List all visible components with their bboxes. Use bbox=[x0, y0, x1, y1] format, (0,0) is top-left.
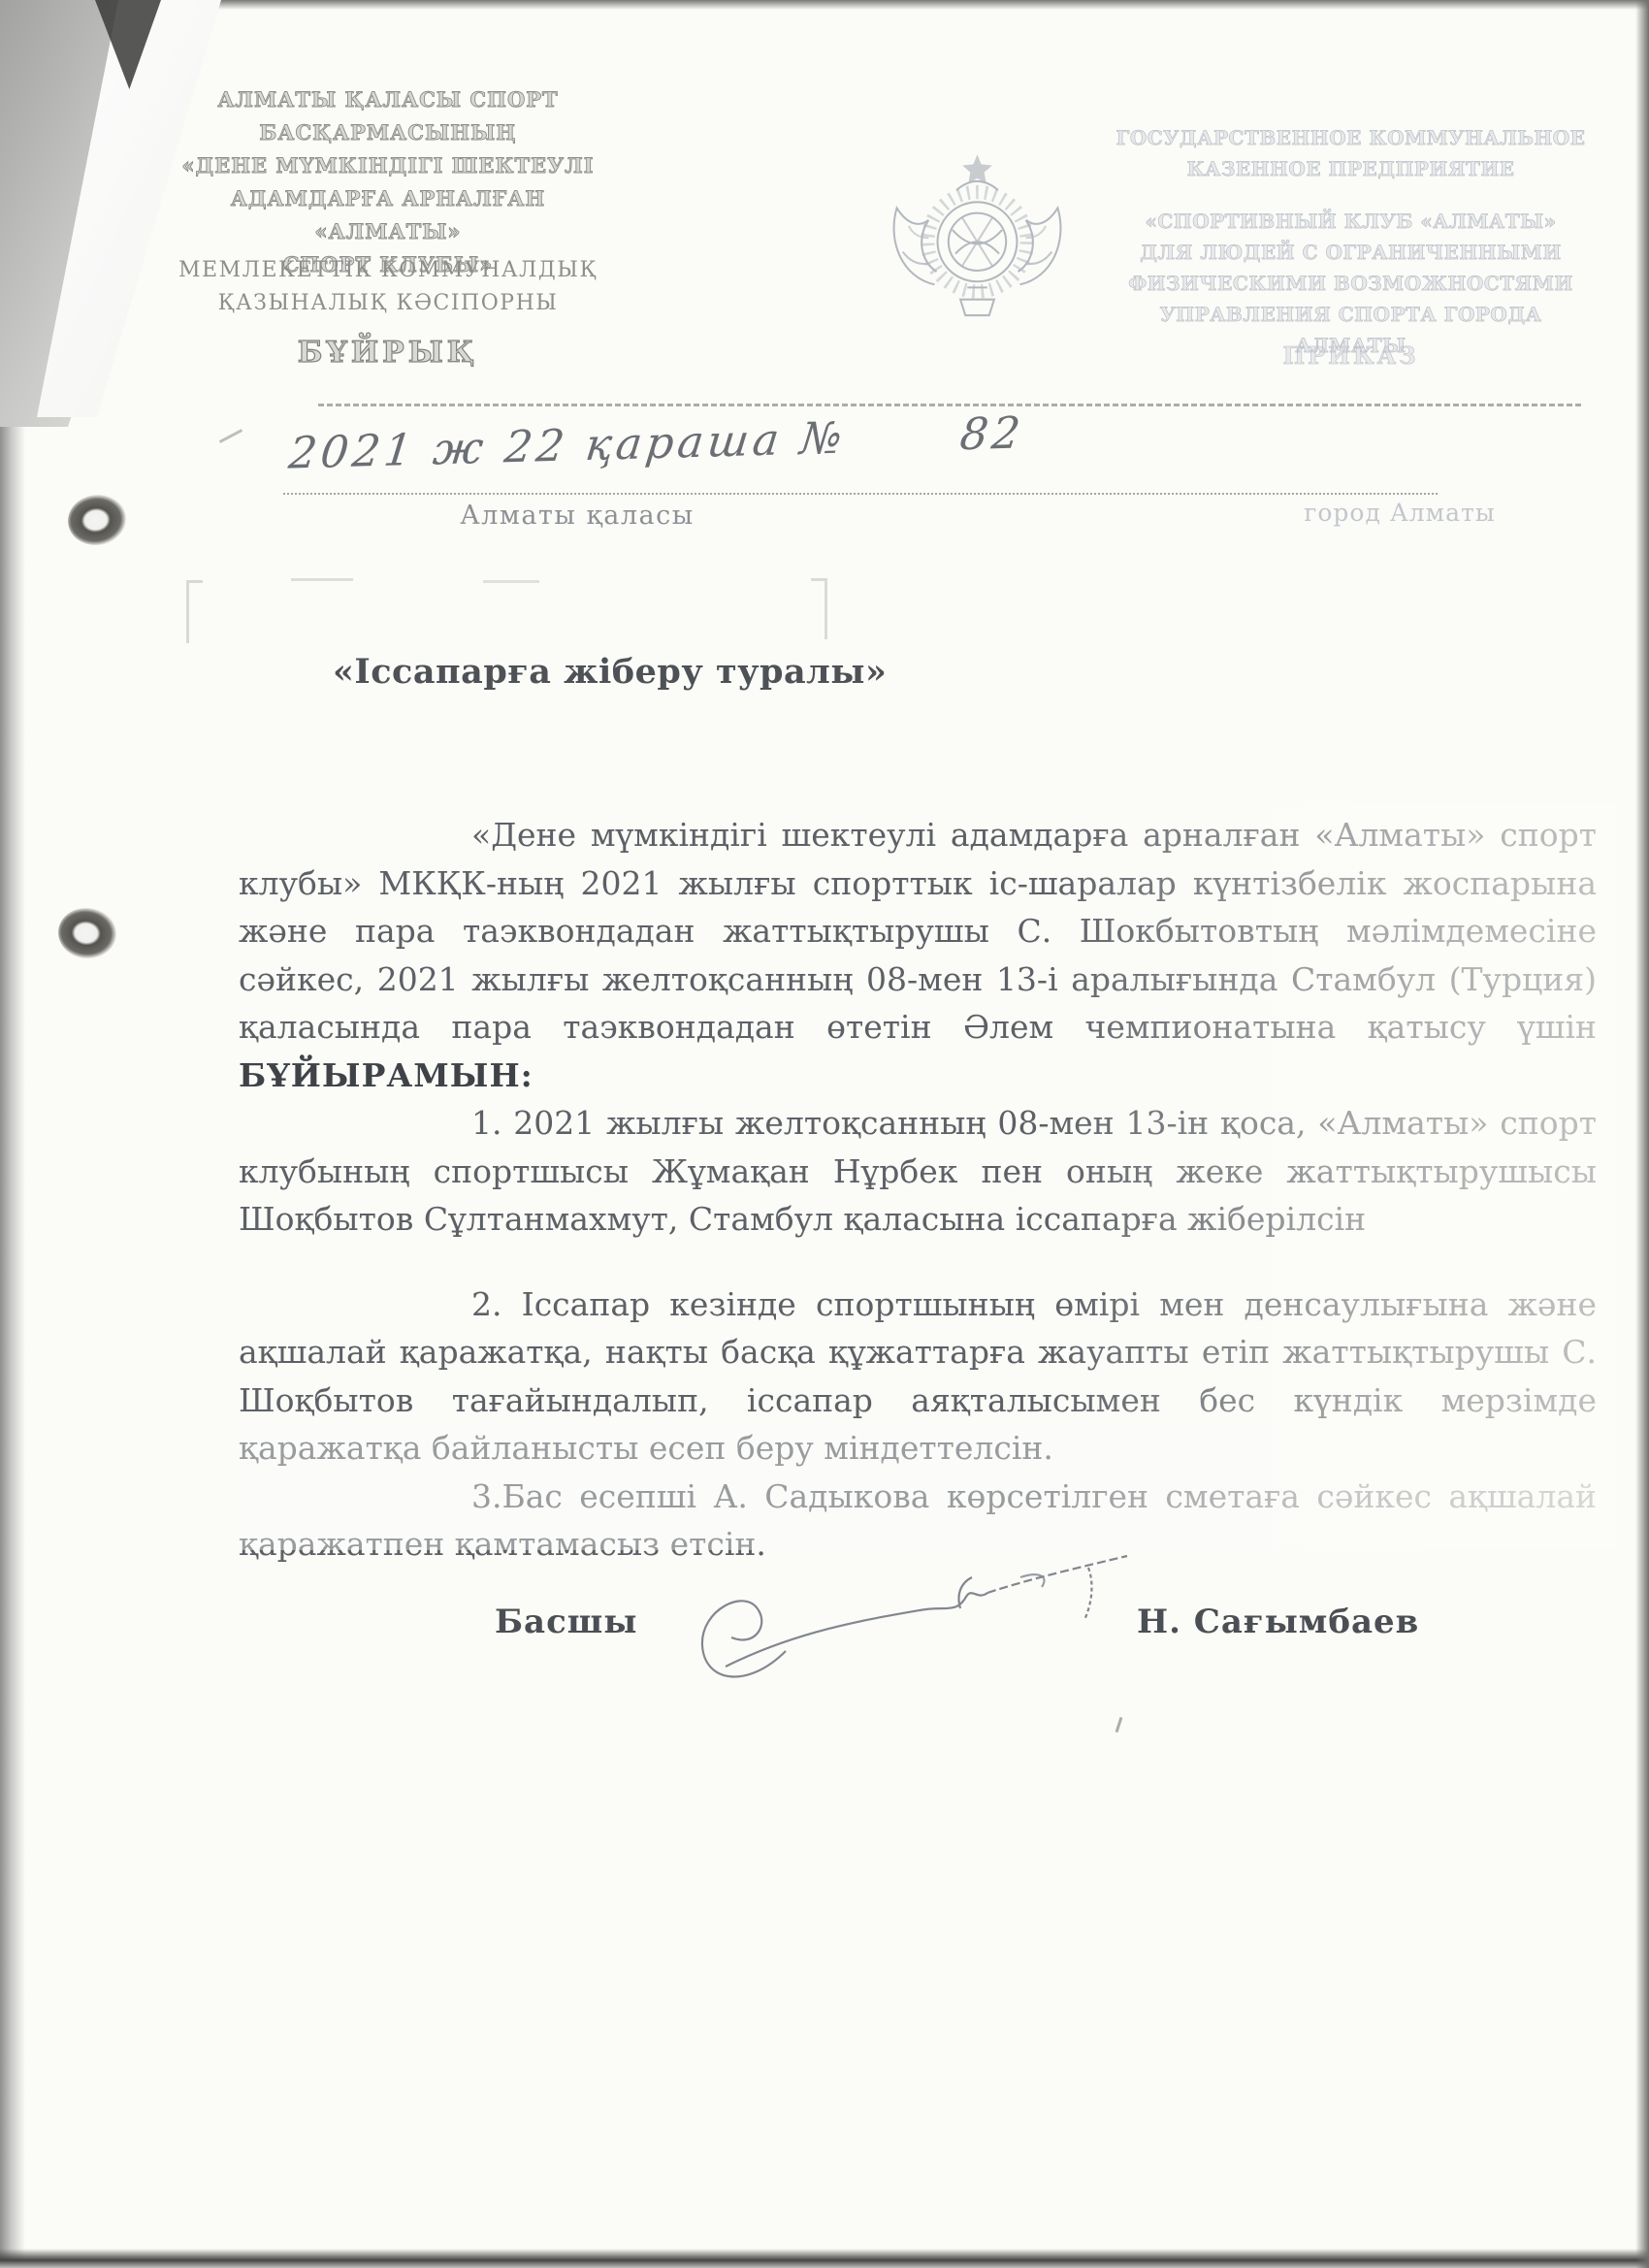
scan-edge-bottom bbox=[0, 2249, 1649, 2268]
scan-artifact-box-mark bbox=[291, 578, 353, 589]
intro-paragraph: «Дене мүмкіндігі шектеулі адамдарға арна… bbox=[239, 811, 1597, 1099]
handwritten-date: 2021 ж 22 қараша bbox=[286, 413, 786, 478]
org-name-kazakh-line: АЛМАТЫ ҚАЛАСЫ СПОРТ БАСҚАРМАСЫНЫҢ bbox=[175, 83, 601, 149]
handwritten-order-number: 82 bbox=[957, 406, 1026, 460]
enterprise-type-kazakh-line: ҚАЗЫНАЛЫҚ КӘСІПОРНЫ bbox=[175, 287, 601, 320]
org-name-russian: ГОСУДАРСТВЕННОЕ КОММУНАЛЬНОЕ КАЗЕННОЕ ПР… bbox=[1101, 122, 1600, 361]
header-separator-line bbox=[318, 404, 1581, 406]
scan-artifact-box-mark bbox=[811, 578, 827, 639]
document-type-kazakh: БҰЙРЫҚ bbox=[175, 336, 601, 370]
order-item-1: 1. 2021 жылғы желтоқсанның 08-мен 13-ін … bbox=[239, 1099, 1597, 1244]
club-name-russian-line: ДЛЯ ЛЮДЕЙ С ОГРАНИЧЕННЫМИ bbox=[1101, 237, 1600, 268]
number-sign: № bbox=[797, 411, 849, 464]
date-underline bbox=[283, 493, 1438, 495]
club-name-russian: «СПОРТИВНЫЙ КЛУБ «АЛМАТЫ» ДЛЯ ЛЮДЕЙ С ОГ… bbox=[1101, 206, 1600, 361]
org-name-kazakh: АЛМАТЫ ҚАЛАСЫ СПОРТ БАСҚАРМАСЫНЫҢ «ДЕНЕ … bbox=[175, 83, 601, 281]
org-name-russian-line: КАЗЕННОЕ ПРЕДПРИЯТИЕ bbox=[1101, 153, 1600, 184]
place-russian: город Алматы bbox=[1278, 499, 1521, 527]
document-type-russian: ПРИКАЗ bbox=[1101, 341, 1600, 370]
punch-hole-bottom bbox=[55, 905, 118, 961]
order-word: БҰЙЫРАМЫН: bbox=[239, 1056, 533, 1094]
scan-edge-top bbox=[0, 0, 1649, 10]
club-name-russian-line: ФИЗИЧЕСКИМИ ВОЗМОЖНОСТЯМИ bbox=[1101, 268, 1600, 299]
place-kazakh: Алматы қаласы bbox=[417, 501, 737, 531]
document-title: «Іссапарға жіберу туралы» bbox=[333, 652, 887, 692]
signature-autograph bbox=[669, 1537, 1154, 1706]
signature-role: Басшы bbox=[495, 1603, 637, 1641]
scan-artifact-box-mark bbox=[483, 580, 539, 591]
signature-name: Н. Сағымбаев bbox=[1137, 1603, 1419, 1641]
handwritten-date-line: 2021 ж 22 қараша № 82 bbox=[286, 406, 1026, 478]
enterprise-type-kazakh: МЕМЛЕКЕТТІК КОММУНАЛДЫҚ ҚАЗЫНАЛЫҚ КӘСІПО… bbox=[175, 254, 601, 320]
org-name-kazakh-line: «ДЕНЕ МҮМКІНДІГІ ШЕКТЕУЛІ bbox=[175, 149, 601, 182]
scan-artifact-box-mark bbox=[186, 580, 203, 643]
org-name-russian-line: ГОСУДАРСТВЕННОЕ КОММУНАЛЬНОЕ bbox=[1101, 122, 1600, 153]
enterprise-type-kazakh-line: МЕМЛЕКЕТТІК КОММУНАЛДЫҚ bbox=[175, 254, 601, 287]
intro-paragraph-text: «Дене мүмкіндігі шектеулі адамдарға арна… bbox=[239, 816, 1597, 1046]
scanned-order-document: АЛМАТЫ ҚАЛАСЫ СПОРТ БАСҚАРМАСЫНЫҢ «ДЕНЕ … bbox=[0, 0, 1649, 2268]
org-name-kazakh-line: АДАМДАРҒА АРНАЛҒАН «АЛМАТЫ» bbox=[175, 182, 601, 248]
punch-hole-top bbox=[65, 491, 130, 549]
club-name-russian-line: «СПОРТИВНЫЙ КЛУБ «АЛМАТЫ» bbox=[1101, 206, 1600, 237]
document-body: «Дене мүмкіндігі шектеулі адамдарға арна… bbox=[239, 811, 1597, 1569]
scan-artifact-tick bbox=[1115, 1717, 1123, 1733]
kazakhstan-coat-of-arms-icon bbox=[873, 128, 1082, 332]
order-item-2: 2. Іссапар кезінде спортшының өмірі мен … bbox=[239, 1280, 1597, 1473]
scan-artifact-scribble bbox=[219, 429, 242, 443]
scan-edge-right bbox=[1635, 0, 1649, 2268]
